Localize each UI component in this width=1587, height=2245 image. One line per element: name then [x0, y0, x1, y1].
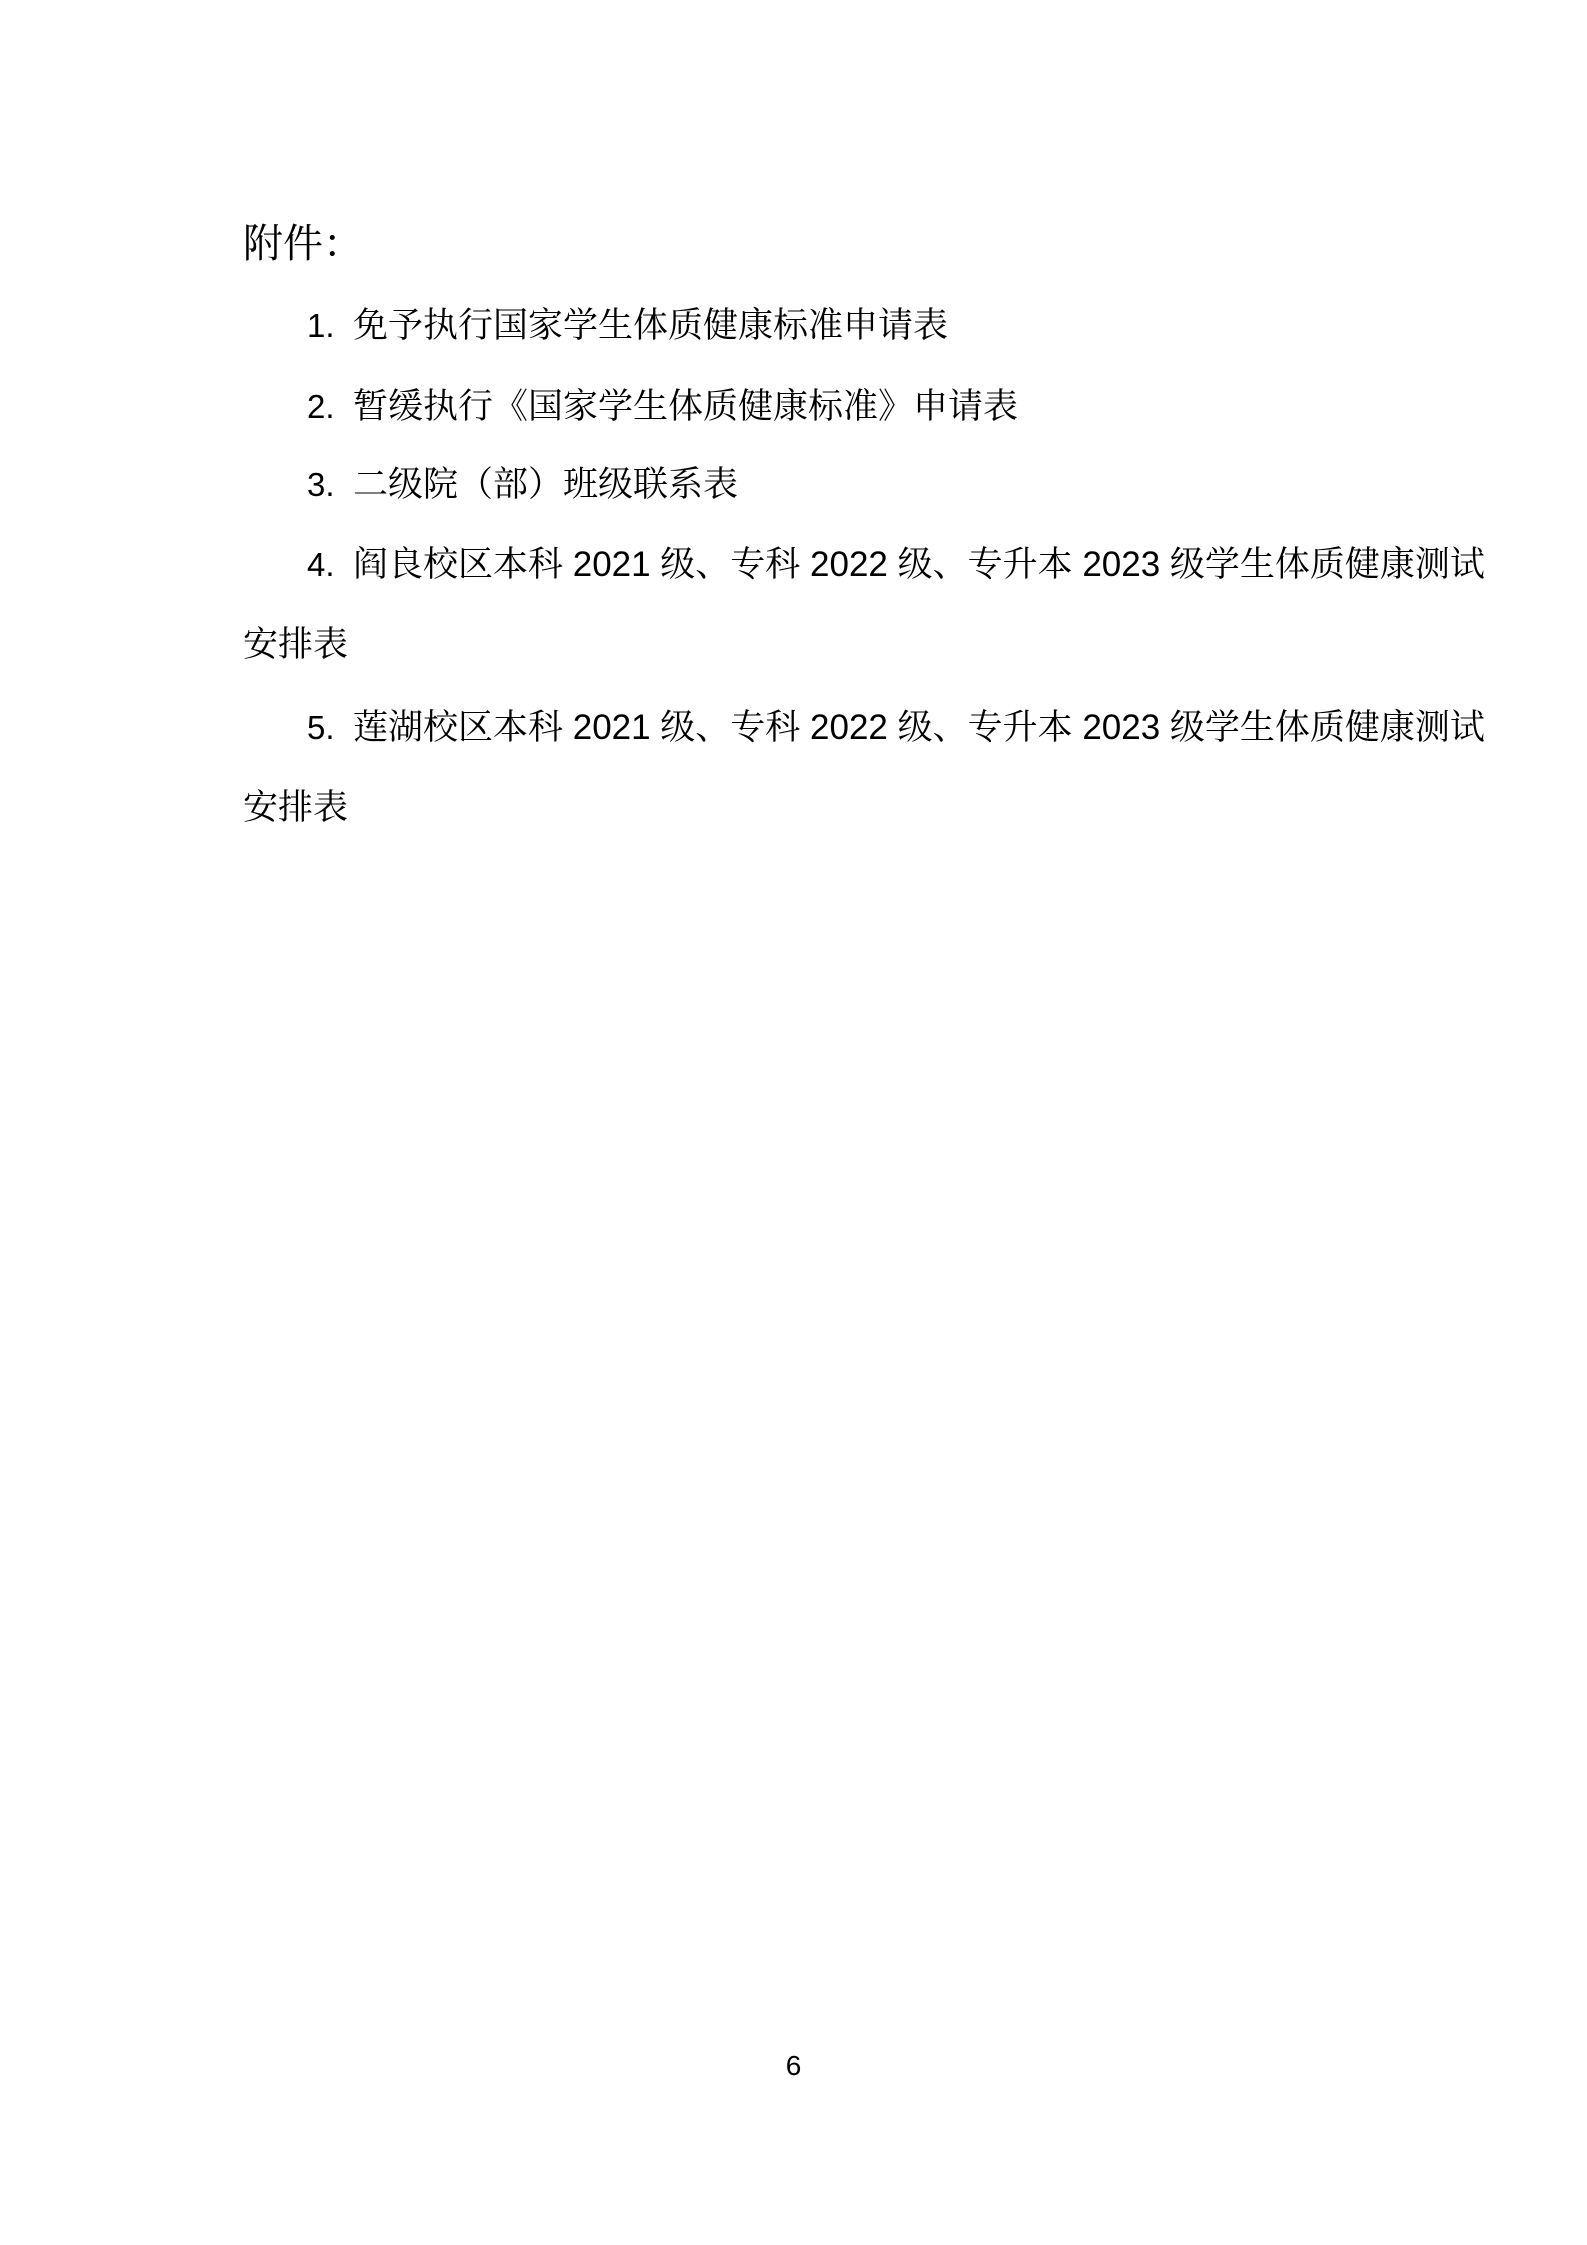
attachment-item-4-continuation: 安排表 [243, 623, 348, 667]
attachment-item-5-text: 莲湖校区本科 2021 级、专科 2022 级、专升本 2023 级学生体质健康… [353, 708, 1485, 747]
attachment-item-2-text: 暂缓执行《国家学生体质健康标准》申请表 [353, 387, 1018, 426]
attachment-item-2: 2.暂缓执行《国家学生体质健康标准》申请表 [307, 385, 1018, 429]
document-page: 附件： 1.免予执行国家学生体质健康标准申请表 2.暂缓执行《国家学生体质健康标… [0, 0, 1587, 2245]
attachment-item-3-number: 3. [307, 463, 353, 507]
attachments-heading: 附件： [243, 222, 363, 266]
attachment-item-3-text: 二级院（部）班级联系表 [353, 465, 738, 504]
attachment-item-4: 4.阎良校区本科 2021 级、专科 2022 级、专升本 2023 级学生体质… [307, 543, 1485, 587]
attachment-item-3: 3.二级院（部）班级联系表 [307, 463, 738, 507]
attachment-item-5: 5.莲湖校区本科 2021 级、专科 2022 级、专升本 2023 级学生体质… [307, 706, 1485, 750]
attachment-item-2-number: 2. [307, 385, 353, 429]
attachment-item-1-text: 免予执行国家学生体质健康标准申请表 [353, 306, 948, 345]
attachment-item-5-continuation: 安排表 [243, 786, 348, 830]
attachment-item-1: 1.免予执行国家学生体质健康标准申请表 [307, 304, 948, 348]
attachment-item-1-number: 1. [307, 304, 353, 348]
attachment-item-4-number: 4. [307, 543, 353, 587]
attachment-item-4-text: 阎良校区本科 2021 级、专科 2022 级、专升本 2023 级学生体质健康… [353, 545, 1485, 584]
attachment-item-5-number: 5. [307, 706, 353, 750]
page-number: 6 [0, 2050, 1587, 2082]
